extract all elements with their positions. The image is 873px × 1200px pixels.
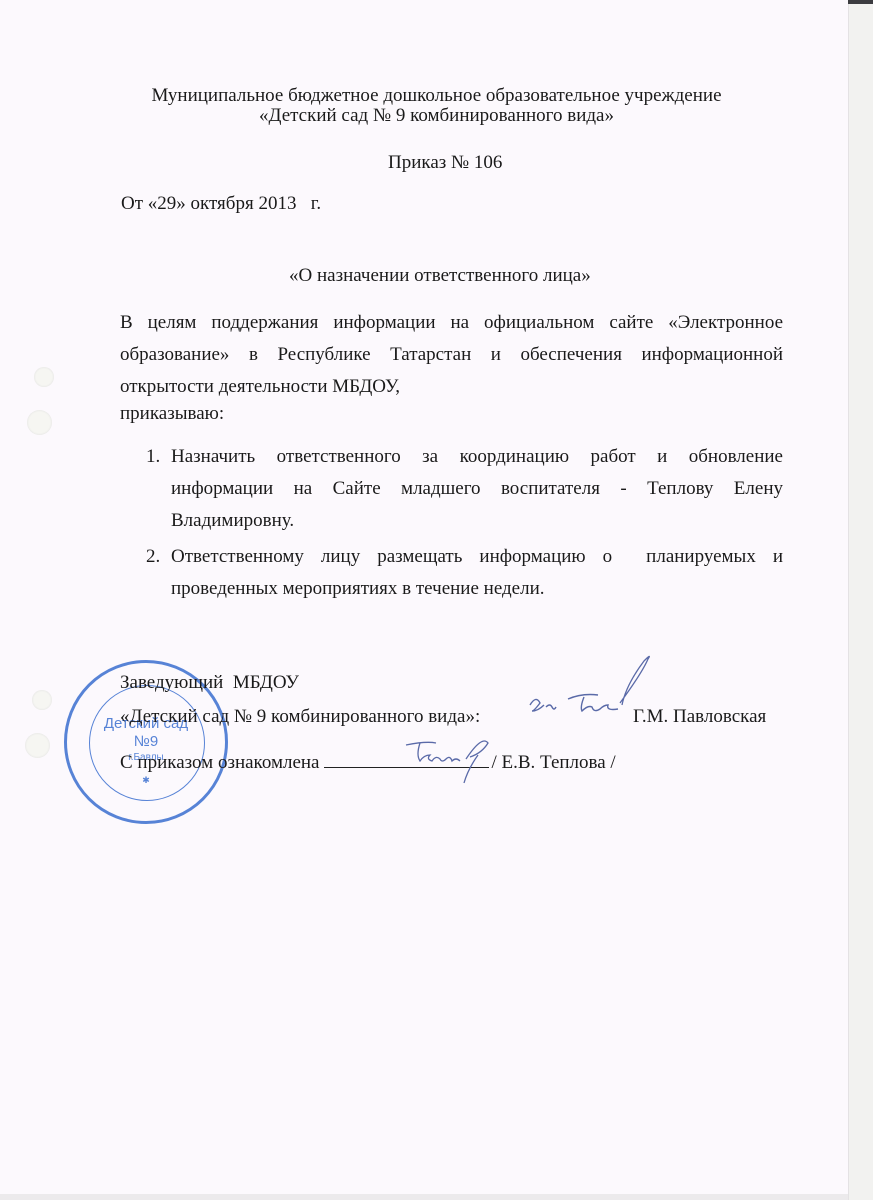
page-edge-bottom [0,1194,848,1200]
preamble-line: образование» в Республике Татарстан и об… [120,343,783,367]
organization-line-2: «Детский сад № 9 комбинированного вида» [0,104,873,128]
list-item-line: Владимировну. [171,509,294,533]
page-edge-right [848,0,873,1200]
head-position-line-1: Заведующий МБДОУ [120,671,299,695]
order-subject: «О назначении ответственного лица» [289,264,591,288]
punch-hole [25,733,50,758]
list-item-line: информации на Сайте младшего воспитателя… [171,477,783,501]
punch-hole [27,410,52,435]
employee-signature-icon [400,735,510,785]
punch-hole [34,367,54,387]
head-name: Г.М. Павловская [633,705,766,729]
list-item-number: 2. [146,545,160,569]
head-position-line-2: «Детский сад № 9 комбинированного вида»: [120,705,480,729]
preamble-line: открытости деятельности МБДОУ, [120,375,400,399]
list-item-line: Назначить ответственного за координацию … [171,445,783,469]
order-word: приказываю: [120,402,224,426]
list-item-line: Ответственному лицу размещать информацию… [171,545,783,569]
preamble-line: В целям поддержания информации на официа… [120,311,783,335]
acknowledgement-line: С приказом ознакомлена/ Е.В. Теплова / [120,747,616,775]
acknowledged-name: / Е.В. Теплова / [492,752,616,773]
page-edge-top-mark [848,0,873,4]
order-date: От «29» октября 2013 г. [121,192,321,216]
list-item-line: проведенных мероприятиях в течение недел… [171,577,545,601]
acknowledged-label: С приказом ознакомлена [120,752,320,773]
punch-hole [32,690,52,710]
order-title: Приказ № 106 [388,151,502,175]
stamp-star-icon: ✱ [67,775,225,786]
list-item-number: 1. [146,445,160,469]
